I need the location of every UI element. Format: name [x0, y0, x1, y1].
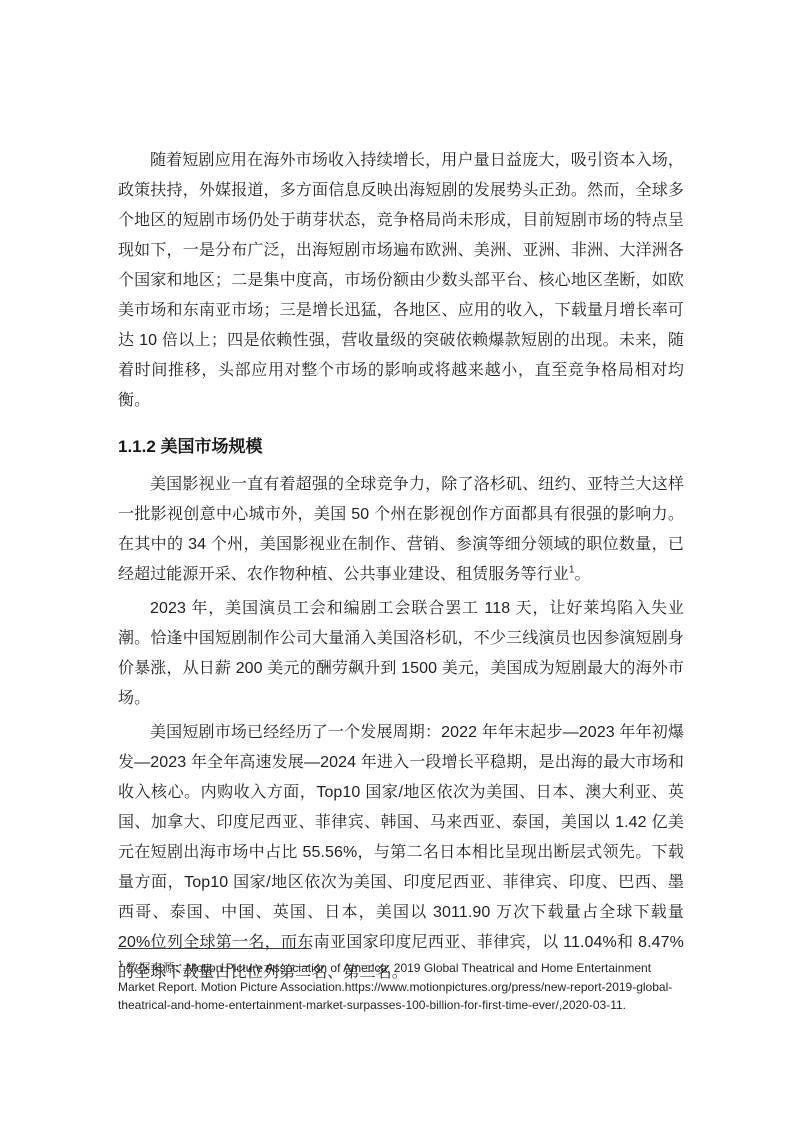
paragraph-us-film-industry: 美国影视业一直有着超强的全球竞争力，除了洛杉矶、纽约、亚特兰大这样一批影视创意中… — [118, 470, 684, 590]
paragraph-us-film-industry-period: 。 — [574, 566, 590, 583]
paragraph-2023-strike: 2023 年，美国演员工会和编剧工会联合罢工 118 天，让好莱坞陷入失业潮。恰… — [118, 594, 684, 714]
paragraph-market-overview: 随着短剧应用在海外市场收入持续增长，用户量日益庞大，吸引资本入场，政策扶持，外媒… — [118, 146, 684, 416]
footnote-area: 1 数据来源：Motion Picture Association of Ame… — [118, 948, 690, 1015]
footnote-marker: 1 — [118, 959, 123, 969]
footnote-text: 1 数据来源：Motion Picture Association of Ame… — [118, 959, 690, 1015]
footnote-separator-line — [118, 948, 311, 949]
document-body: 随着短剧应用在海外市场收入持续增长，用户量日益庞大，吸引资本入场，政策扶持，外媒… — [118, 146, 684, 988]
document-page: 随着短剧应用在海外市场收入持续增长，用户量日益庞大，吸引资本入场，政策扶持，外媒… — [0, 0, 793, 1122]
section-heading-us-market-size: 1.1.2 美国市场规模 — [118, 432, 684, 462]
paragraph-us-film-industry-text: 美国影视业一直有着超强的全球竞争力，除了洛杉矶、纽约、亚特兰大这样一批影视创意中… — [118, 476, 684, 583]
footnote-source-citation: 数据来源：Motion Picture Association of Ameri… — [118, 961, 672, 1012]
